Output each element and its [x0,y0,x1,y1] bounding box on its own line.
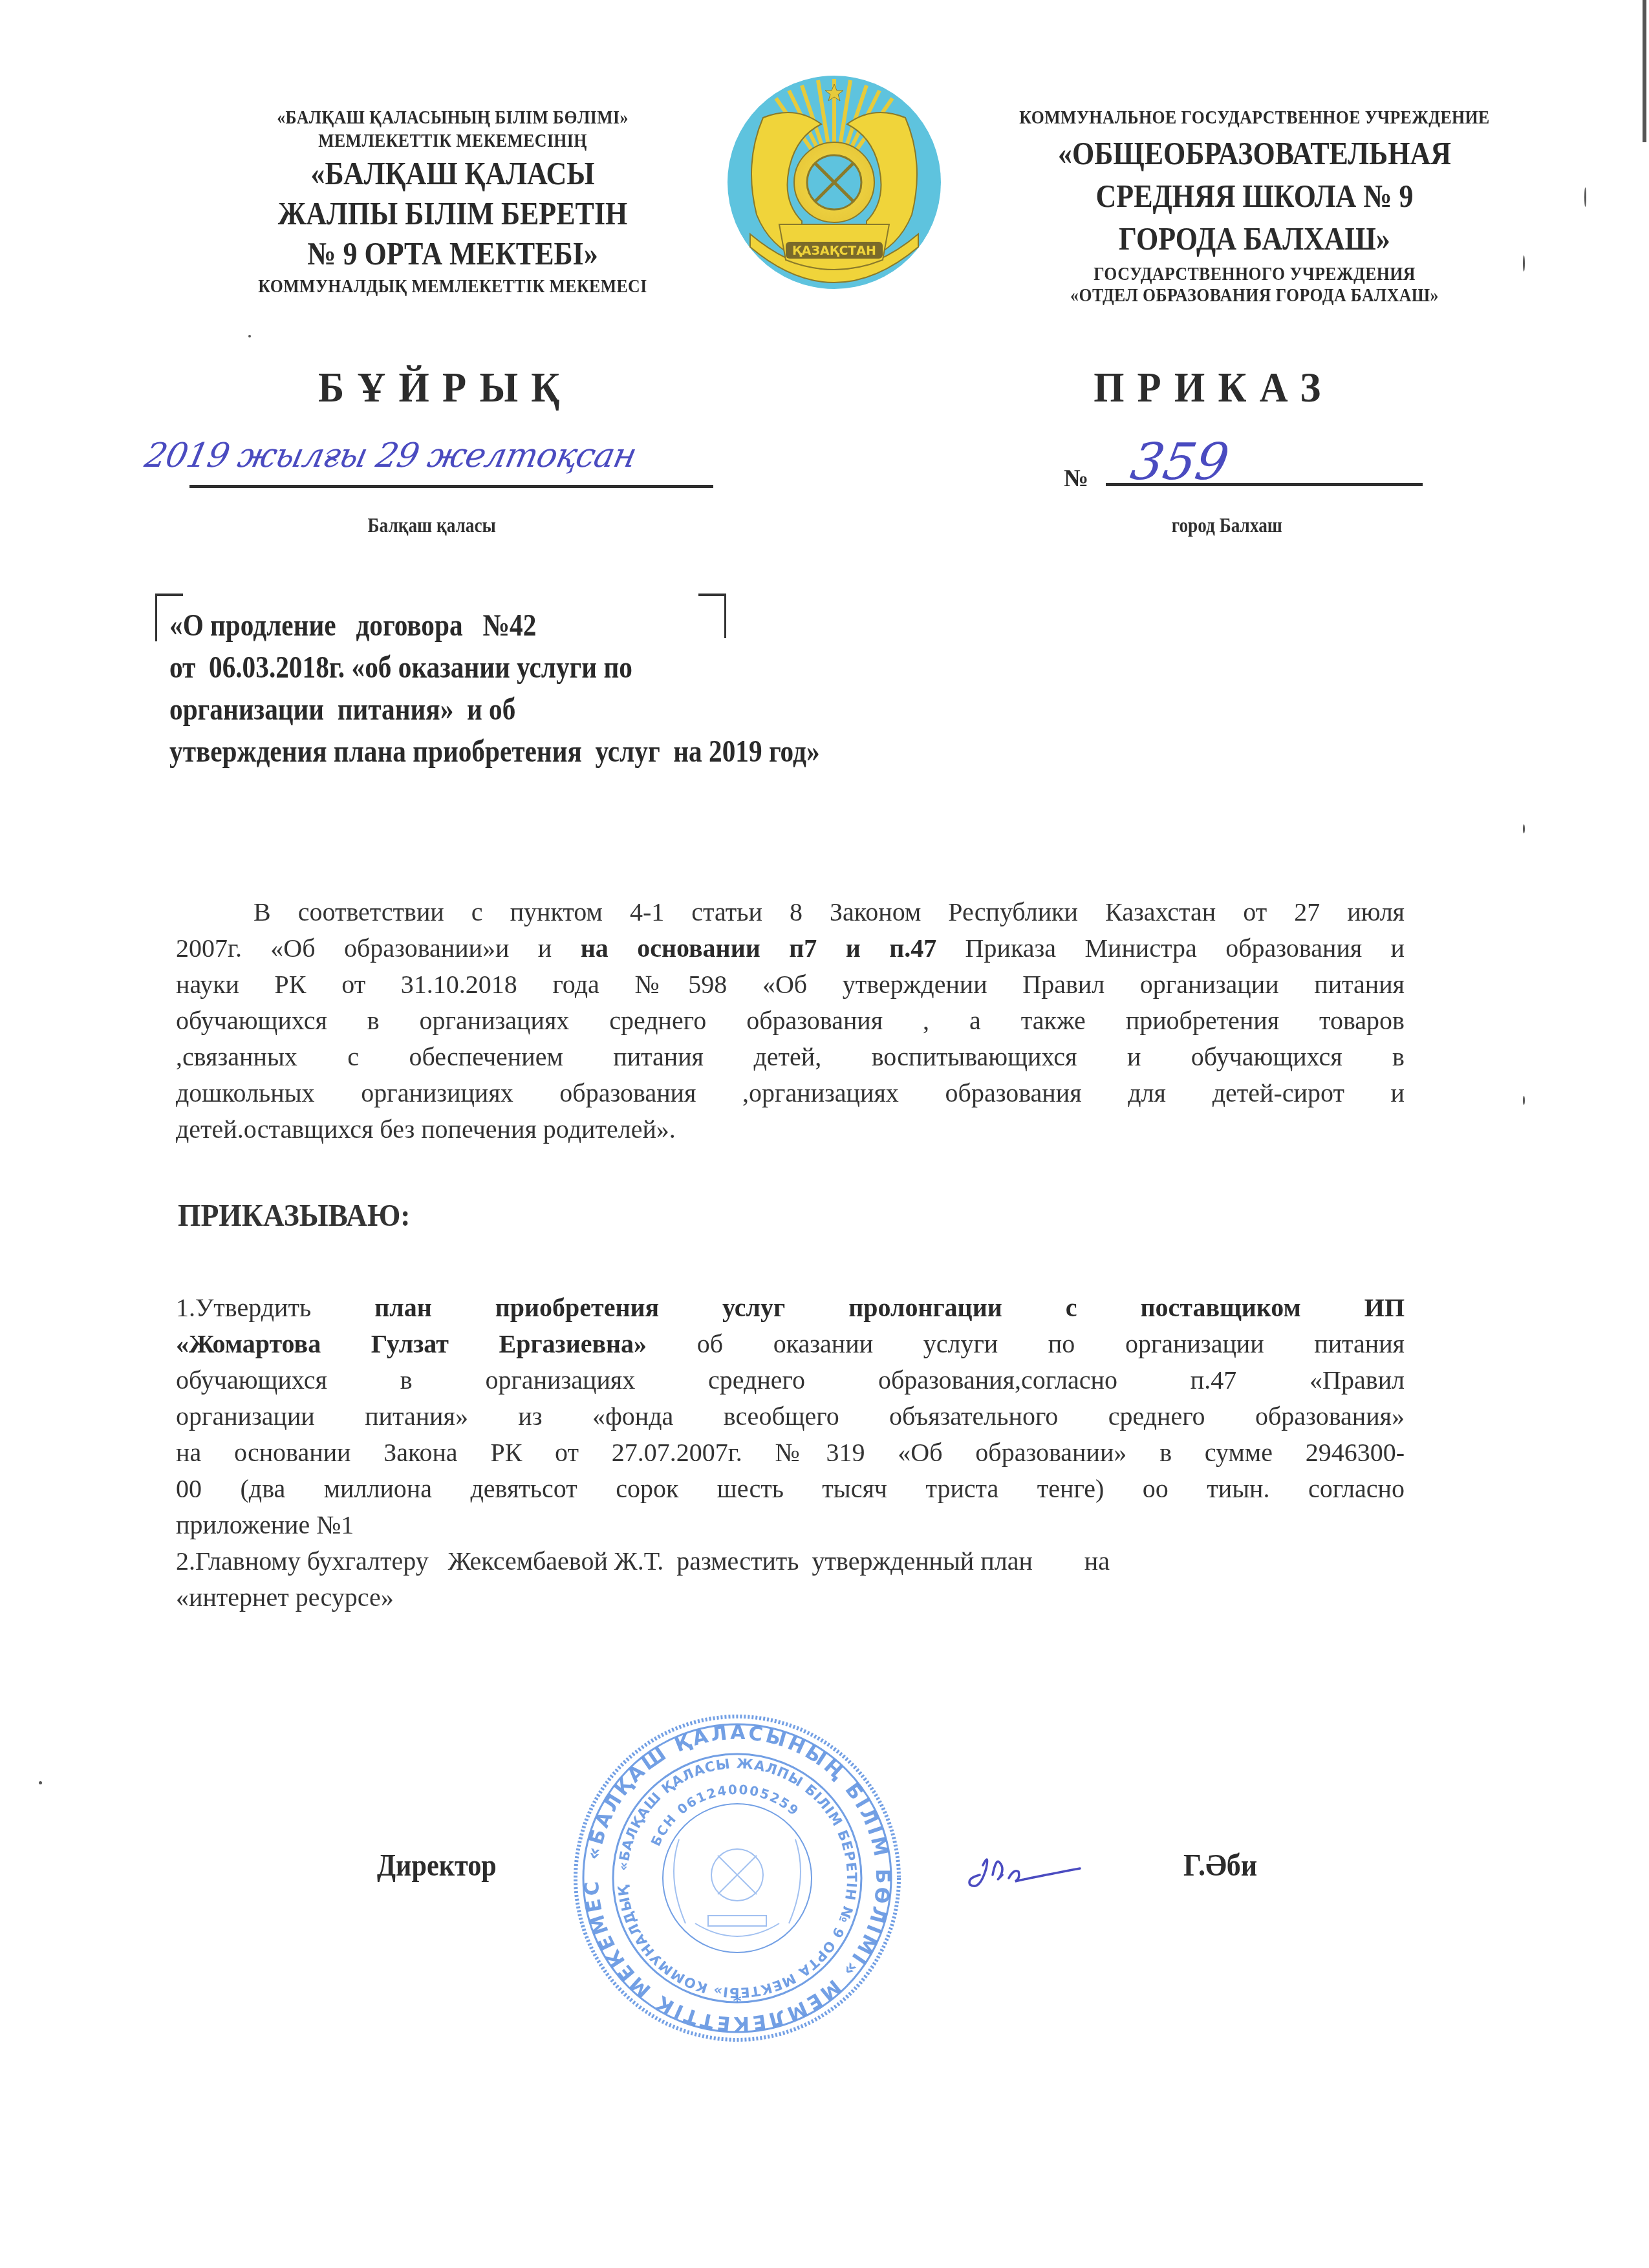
header-ru-line-6: «ОТДЕЛ ОБРАЗОВАНИЯ ГОРОДА БАЛХАШ» [1010,284,1500,306]
preamble-line-6: дошкольных организициях образования ,орг… [176,1075,1405,1111]
item-1-number: 1.Утвердить [176,1293,374,1322]
scan-mark [1584,187,1586,207]
svg-text:*: * [733,1991,742,2012]
item-1-line-4: организации питания» из «фонда всеобщего… [176,1398,1405,1435]
handwritten-signature-icon [964,1846,1086,1898]
header-kz-line-4: ЖАЛПЫ БІЛІМ БЕРЕТІН [248,195,658,231]
number-underline [1106,483,1423,486]
director-title: Директор [377,1848,497,1883]
official-stamp-icon: «БАЛҚАШ ҚАЛАСЫНЫҢ БІЛІМ БӨЛІМІ» МЕМЛЕКЕТ… [569,1710,905,2046]
kazakhstan-emblem-icon: ҚАЗАҚСТАН [724,72,944,292]
subject-line-3: организации питания» и об [169,689,1004,731]
item-1-line-1: 1.Утвердить план приобретения услуг прол… [176,1290,1405,1326]
scan-mark [39,1781,42,1784]
preamble-line-3: науки РК от 31.10.2018 года №598 «Об утв… [176,967,1405,1003]
preamble-line-2-text: 2007г. «Об образовании»и и [176,934,581,963]
header-russian-org-name: КОММУНАЛЬНОЕ ГОСУДАРСТВЕННОЕ УЧРЕЖДЕНИЕ … [970,107,1539,306]
preamble-line-2: 2007г. «Об образовании»и и на основании … [176,930,1405,967]
preamble-paragraph: В соответствии с пунктом 4-1 статьи 8 За… [176,894,1405,1148]
item-1-line-3: обучающихся в организациях среднего обра… [176,1362,1405,1398]
header-kz-line-6: КОММУНАЛДЫҚ МЕМЛЕКЕТТІК МЕКЕМЕСІ [252,275,652,297]
director-name: Г.Әби [1183,1848,1257,1883]
header-ru-line-2: «ОБЩЕОБРАЗОВАТЕЛЬНАЯ [1004,135,1505,171]
scan-mark [248,335,251,337]
header-kz-line-5: № 9 ОРТА МЕКТЕБІ» [248,235,658,272]
order-items: 1.Утвердить план приобретения услуг прол… [176,1290,1405,1616]
item-1-line-2-rest: об оказании услуги по организации питани… [647,1329,1405,1358]
header-kz-line-3: «БАЛҚАШ ҚАЛАСЫ [248,155,658,191]
preamble-legal-basis-bold: на основании п7 и п.47 [581,934,936,963]
subject-line-1: «О продление договора №42 [169,604,1004,647]
header-ru-line-1: КОММУНАЛЬНОЕ ГОСУДАРСТВЕННОЕ УЧРЕЖДЕНИЕ [1010,107,1500,129]
handwritten-date: 2019 жылғы 29 желтоқсан [142,436,640,475]
order-heading: ПРИКАЗЫВАЮ: [178,1198,411,1234]
header-ru-line-3: СРЕДНЯЯ ШКОЛА № 9 [1004,178,1505,214]
doc-type-kazakh: БҰЙРЫҚ [318,363,572,412]
subject-line-4: утверждения плана приобретения услуг на … [169,731,1004,773]
date-underline [189,485,713,488]
doc-type-russian: ПРИКАЗ [1094,363,1333,412]
order-subject-title: «О продление договора №42 от 06.03.2018г… [169,604,1139,773]
preamble-line-4: обучающихся в организациях среднего обра… [176,1003,1405,1039]
header-ru-line-5: ГОСУДАРСТВЕННОГО УЧРЕЖДЕНИЯ [1010,263,1500,285]
scan-mark [1523,824,1525,833]
supplier-name: «Жомартова Гулзат Ергазиевна» [176,1329,647,1358]
city-russian: город Балхаш [1172,514,1282,537]
item-1-bold-text: план приобретения услуг пролонгации с по… [374,1293,1405,1322]
scan-edge [1643,0,1646,142]
scan-mark [1523,1096,1525,1105]
item-1-line-6: 00 (два миллиона девятьсот сорок шесть т… [176,1471,1405,1507]
header-ru-line-4: ГОРОДА БАЛХАШ» [1004,220,1505,257]
item-2-line-1: 2.Главному бухгалтеру Жексембаевой Ж.Т. … [176,1543,1405,1579]
header-kazakh-org-name: «БАЛҚАШ ҚАЛАСЫНЫҢ БІЛІМ БӨЛІМІ» МЕМЛЕКЕТ… [220,107,685,297]
subject-line-2: от 06.03.2018г. «об оказании услуги по [169,647,1004,689]
header-kz-line-1: «БАЛҚАШ ҚАЛАСЫНЫҢ БІЛІМ БӨЛІМІ» [252,107,652,129]
scan-mark [1523,255,1525,272]
emblem-ribbon-text: ҚАЗАҚСТАН [792,244,876,258]
item-1-line-7: приложение №1 [176,1507,1405,1543]
number-sign: № [1064,464,1088,493]
preamble-line-5: ,связанных с обеспечением питания детей,… [176,1039,1405,1075]
preamble-line-7: детей.оставщихся без попечения родителей… [176,1111,1405,1148]
city-kazakh: Балқаш қаласы [368,514,496,537]
item-1-line-2: «Жомартова Гулзат Ергазиевна» об оказани… [176,1326,1405,1362]
preamble-line-1: В соответствии с пунктом 4-1 статьи 8 За… [176,894,1405,930]
header-kz-line-2: МЕМЛЕКЕТТІК МЕКЕМЕСІНІҢ [252,130,652,152]
preamble-line-2-rest: Приказа Министра образования и [936,934,1405,963]
item-2-line-2: «интернет ресурсе» [176,1579,1405,1616]
item-1-line-5: на основании Закона РК от 27.07.2007г. №… [176,1435,1405,1471]
